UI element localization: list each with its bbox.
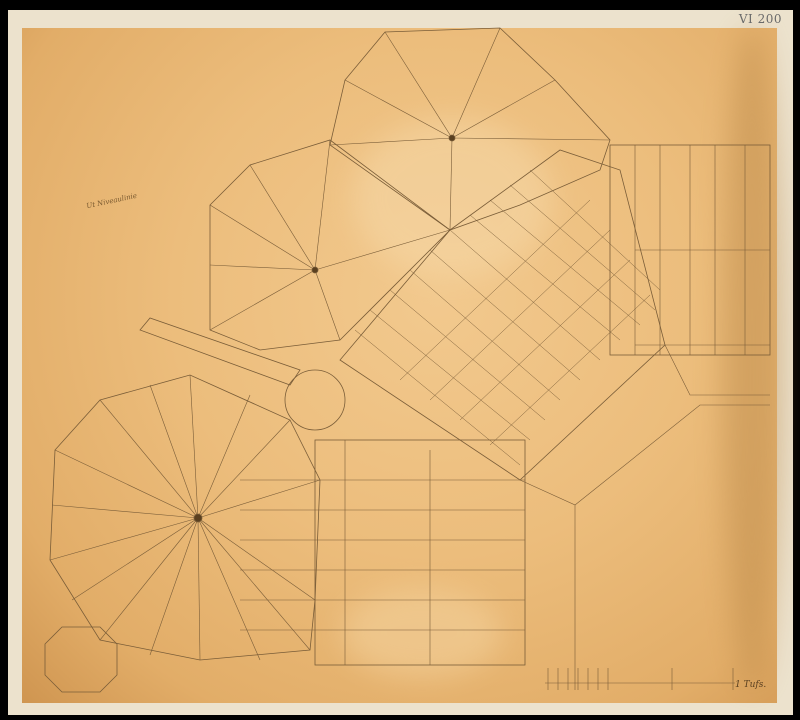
roof-plan-drawing xyxy=(0,0,800,720)
middle-tower-framing xyxy=(210,140,450,350)
small-octagon xyxy=(45,627,117,692)
lower-block-framing xyxy=(240,440,525,665)
upper-tower-framing xyxy=(330,28,610,230)
outer-wall-outline xyxy=(520,345,770,690)
right-wing-framing xyxy=(610,145,770,355)
diagonal-roof-framing xyxy=(340,150,665,480)
scale-bar xyxy=(545,668,735,690)
lower-tower-framing xyxy=(50,375,320,660)
